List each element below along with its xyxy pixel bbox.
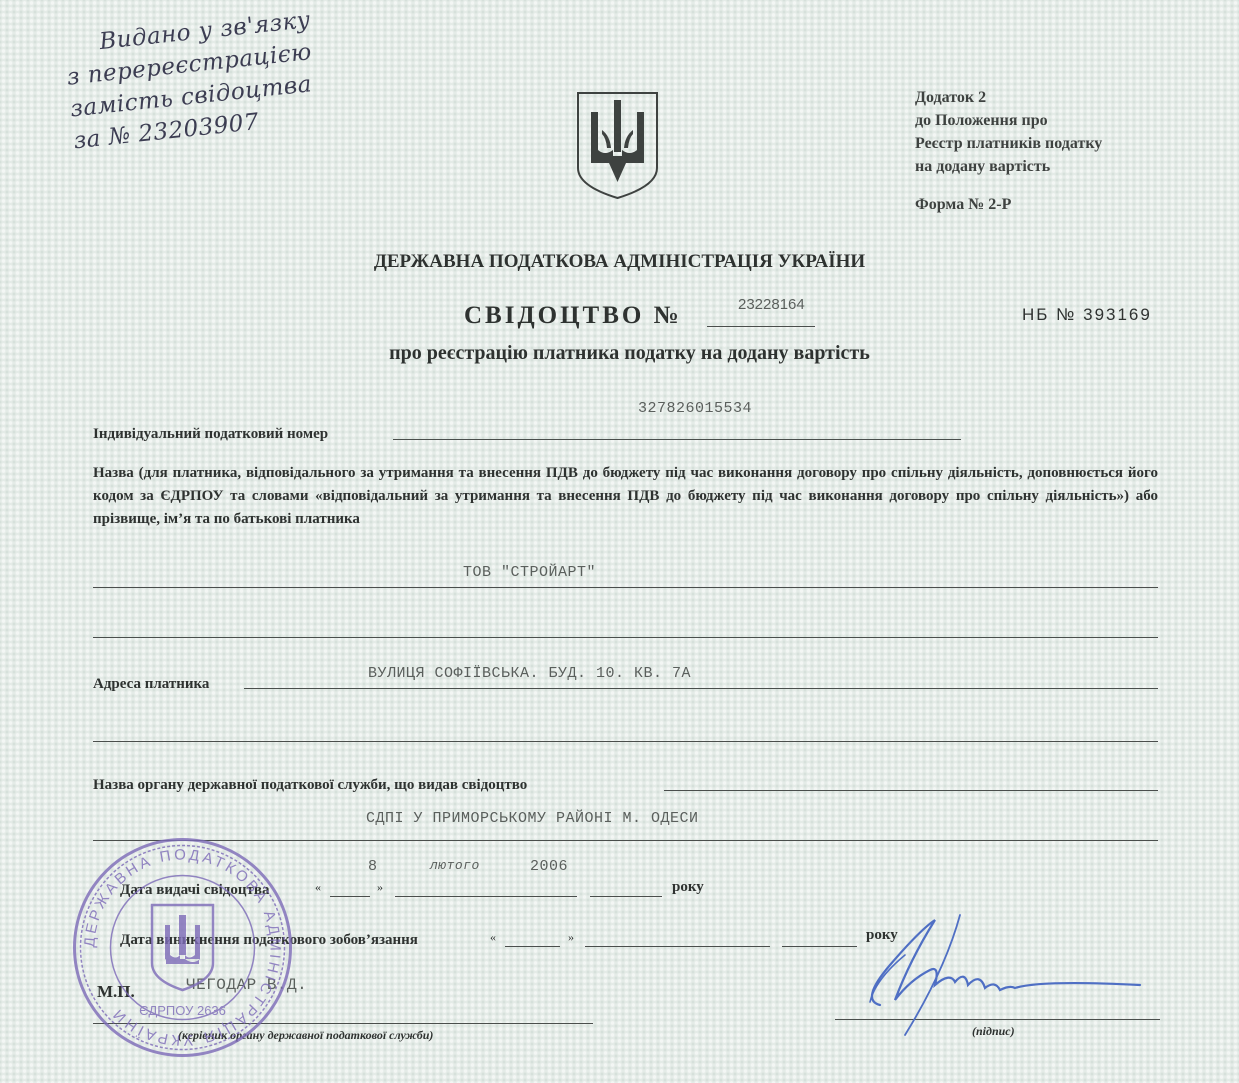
appendix-note: Додаток 2 до Положення про Реєстр платни… — [915, 86, 1102, 216]
issuing-authority-line — [664, 790, 1158, 791]
address-label: Адреса платника — [93, 676, 209, 693]
payer-name-line — [93, 587, 1158, 588]
payer-name-line-2 — [93, 637, 1158, 638]
appendix-line: до Положення про — [915, 109, 1102, 132]
tax-id-value: 327826015534 — [638, 400, 752, 417]
payer-name-value: ТОВ "СТРОЙАРТ" — [463, 564, 596, 581]
issue-date-year: 2006 — [530, 858, 568, 875]
appendix-line: Реєстр платників податку — [915, 132, 1102, 155]
liability-date-close-quote: » — [568, 930, 574, 945]
handwritten-note: Видано у зв'язку з перереєстрацією заміс… — [62, 4, 322, 157]
certificate-number-line — [707, 326, 815, 327]
liability-date-day-line — [505, 946, 560, 947]
certificate-title: СВІДОЦТВО № — [464, 302, 682, 330]
liability-date-year-line — [782, 946, 857, 947]
issue-date-year-line — [590, 896, 662, 897]
address-value: ВУЛИЦЯ СОФІЇВСЬКА. БУД. 10. КВ. 7А — [368, 665, 691, 682]
issue-date-close-quote: » — [377, 880, 383, 895]
appendix-line: на додану вартість — [915, 155, 1102, 178]
certificate-subtitle: про реєстрацію платника податку на додан… — [0, 342, 1239, 365]
form-number: Форма № 2-Р — [915, 193, 1102, 216]
appendix-line: Додаток 2 — [915, 86, 1102, 109]
issue-date-day-line — [330, 896, 370, 897]
issuing-authority-label: Назва органу державної податкової служби… — [93, 777, 527, 794]
signature-scribble — [850, 910, 1160, 1040]
stamp-emblem-icon — [152, 905, 213, 990]
issue-date-day: 8 — [368, 858, 378, 875]
address-line-2 — [93, 741, 1158, 742]
serial-number: НБ № 393169 — [1022, 305, 1152, 325]
certificate-number: 23228164 — [738, 296, 805, 313]
issue-date-month-line — [395, 896, 577, 897]
tax-id-line — [393, 439, 961, 440]
tax-id-label: Індивідуальний податковий номер — [93, 426, 328, 443]
issue-date-suffix: року — [672, 879, 704, 896]
address-line — [244, 688, 1158, 689]
issue-date-open-quote: « — [315, 880, 321, 895]
official-stamp: ДЕРЖАВНА ПОДАТКОВА АДМІНІСТРАЦІЯ УКРАЇНИ… — [70, 835, 295, 1060]
liability-date-open-quote: « — [490, 930, 496, 945]
stamp-inner-text: ЄДРПОУ 2636 — [139, 1003, 226, 1018]
liability-date-month-line — [585, 946, 770, 947]
issue-date-month: лютого — [430, 858, 480, 873]
name-field-description: Назва (для платника, відповідального за … — [93, 462, 1158, 531]
agency-title: ДЕРЖАВНА ПОДАТКОВА АДМІНІСТРАЦІЯ УКРАЇНИ — [0, 251, 1239, 273]
issuing-authority-value: СДПІ У ПРИМОРСЬКОМУ РАЙОНІ М. ОДЕСИ — [366, 810, 699, 827]
trident-coat-of-arms-icon — [575, 90, 660, 202]
